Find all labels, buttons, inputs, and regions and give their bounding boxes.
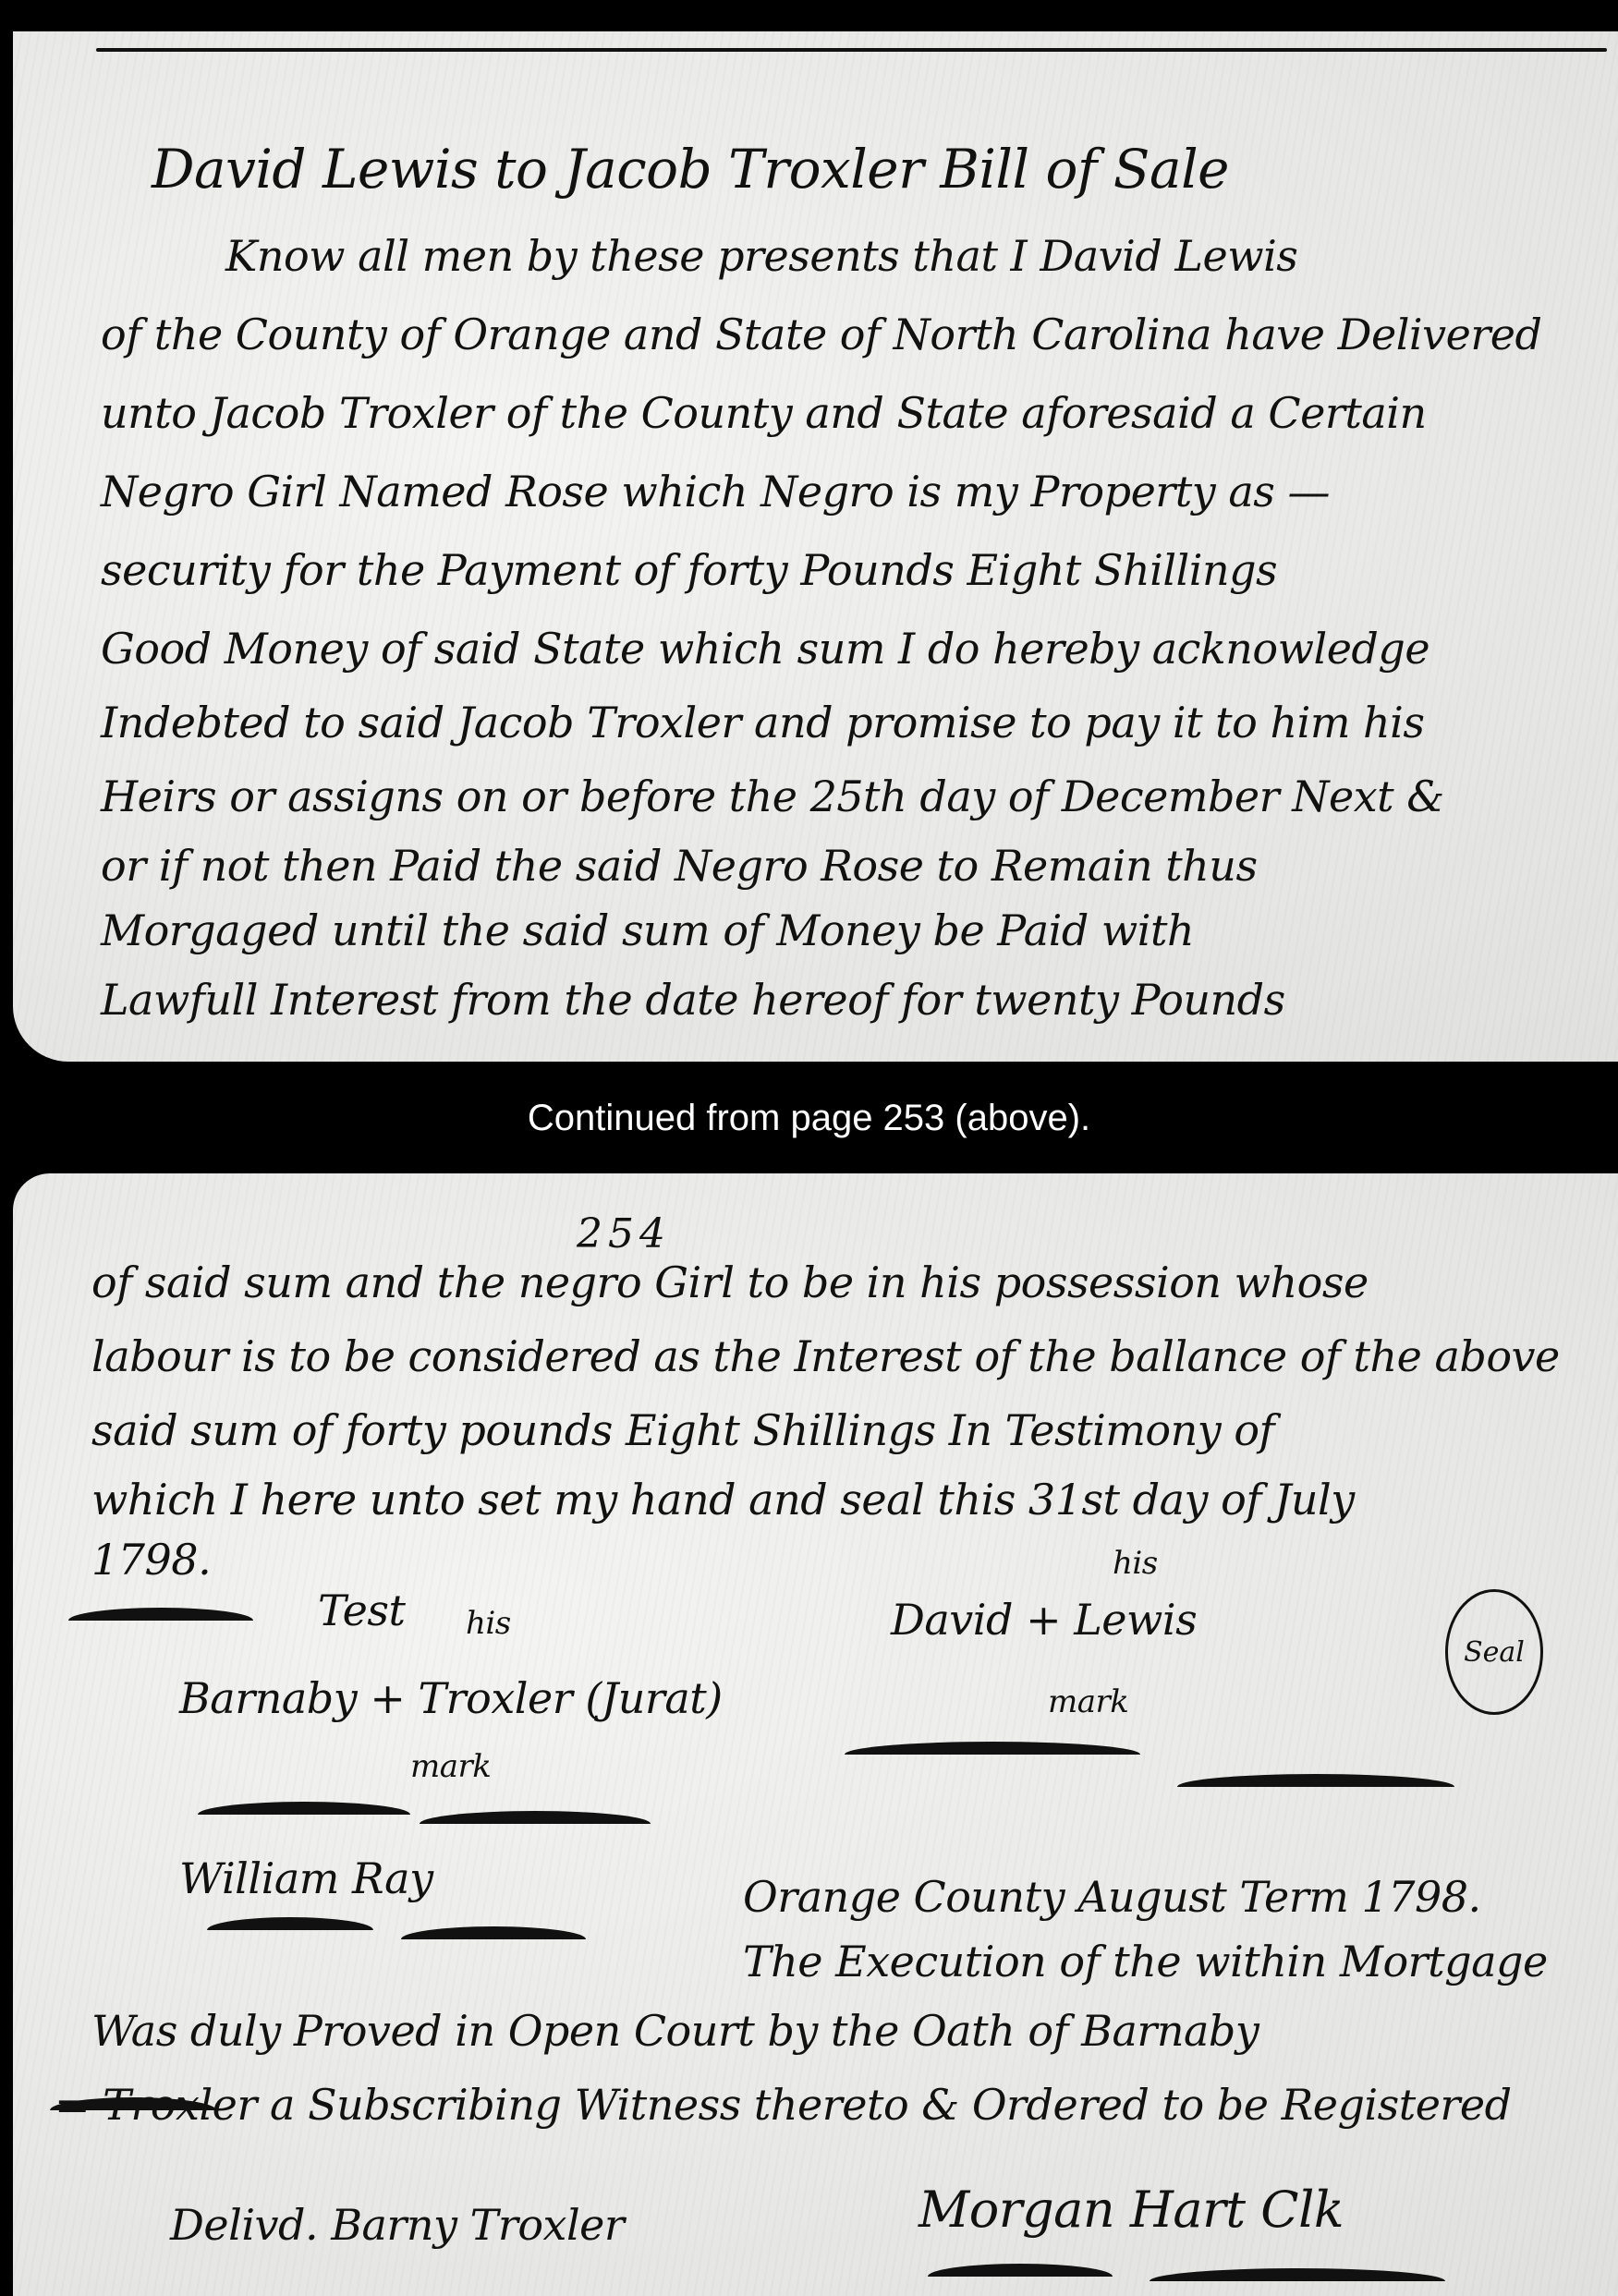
text-line: security for the Payment of forty Pounds… [101,549,1590,591]
text-line: of said sum and the negro Girl to be in … [91,1261,1590,1304]
flourish [1150,2268,1445,2281]
flourish [207,1917,373,1930]
text-line: Morgaged until the said sum of Money be … [101,909,1590,952]
court-line: The Execution of the within Mortgage [743,1940,1590,1983]
text-line: which I here unto set my hand and seal t… [91,1478,1590,1521]
clerk-signature: Morgan Hart Clk [918,2185,1590,2235]
text-line: Negro Girl Named Rose which Negro is my … [101,470,1590,513]
text-line: said sum of forty pounds Eight Shillings… [91,1409,1590,1452]
header-rule [96,48,1607,52]
document-title: David Lewis to Jacob Troxler Bill of Sal… [152,142,1590,196]
flourish [401,1926,586,1939]
continuation-banner: Continued from page 253 (above). [0,1063,1618,1173]
text-line: of the County of Orange and State of Nor… [101,313,1590,356]
seal-label: Seal [1464,1636,1525,1669]
text-line: Know all men by these presents that I Da… [225,235,1590,277]
top-page: David Lewis to Jacob Troxler Bill of Sal… [13,31,1618,1062]
grantor-his: his [1113,1548,1590,1579]
text-line: Heirs or assigns on or before the 25th d… [101,775,1590,818]
court-line: = Troxler a Subscribing Witness thereto … [55,2083,1590,2126]
text-line: Lawfull Interest from the date hereof fo… [101,978,1590,1021]
bottom-page: 254 of said sum and the negro Girl to be… [13,1173,1618,2296]
flourish [420,1811,651,1824]
page-number: 254 [577,1210,671,1257]
text-line: Good Money of said State which sum I do … [101,627,1590,670]
flourish [845,1742,1140,1755]
court-line: Was duly Proved in Open Court by the Oat… [91,2010,1590,2052]
flourish [68,1608,253,1621]
flourish [928,2264,1113,2277]
flourish [198,1802,410,1815]
text-line: unto Jacob Troxler of the County and Sta… [101,392,1590,434]
text-line: Indebted to said Jacob Troxler and promi… [101,701,1590,744]
text-line: or if not then Paid the said Negro Rose … [101,844,1590,887]
text-line: labour is to be considered as the Intere… [91,1335,1590,1378]
seal-icon: Seal [1445,1589,1543,1715]
court-line: Orange County August Term 1798. [743,1876,1590,1918]
continuation-text: Continued from page 253 (above). [528,1098,1090,1139]
